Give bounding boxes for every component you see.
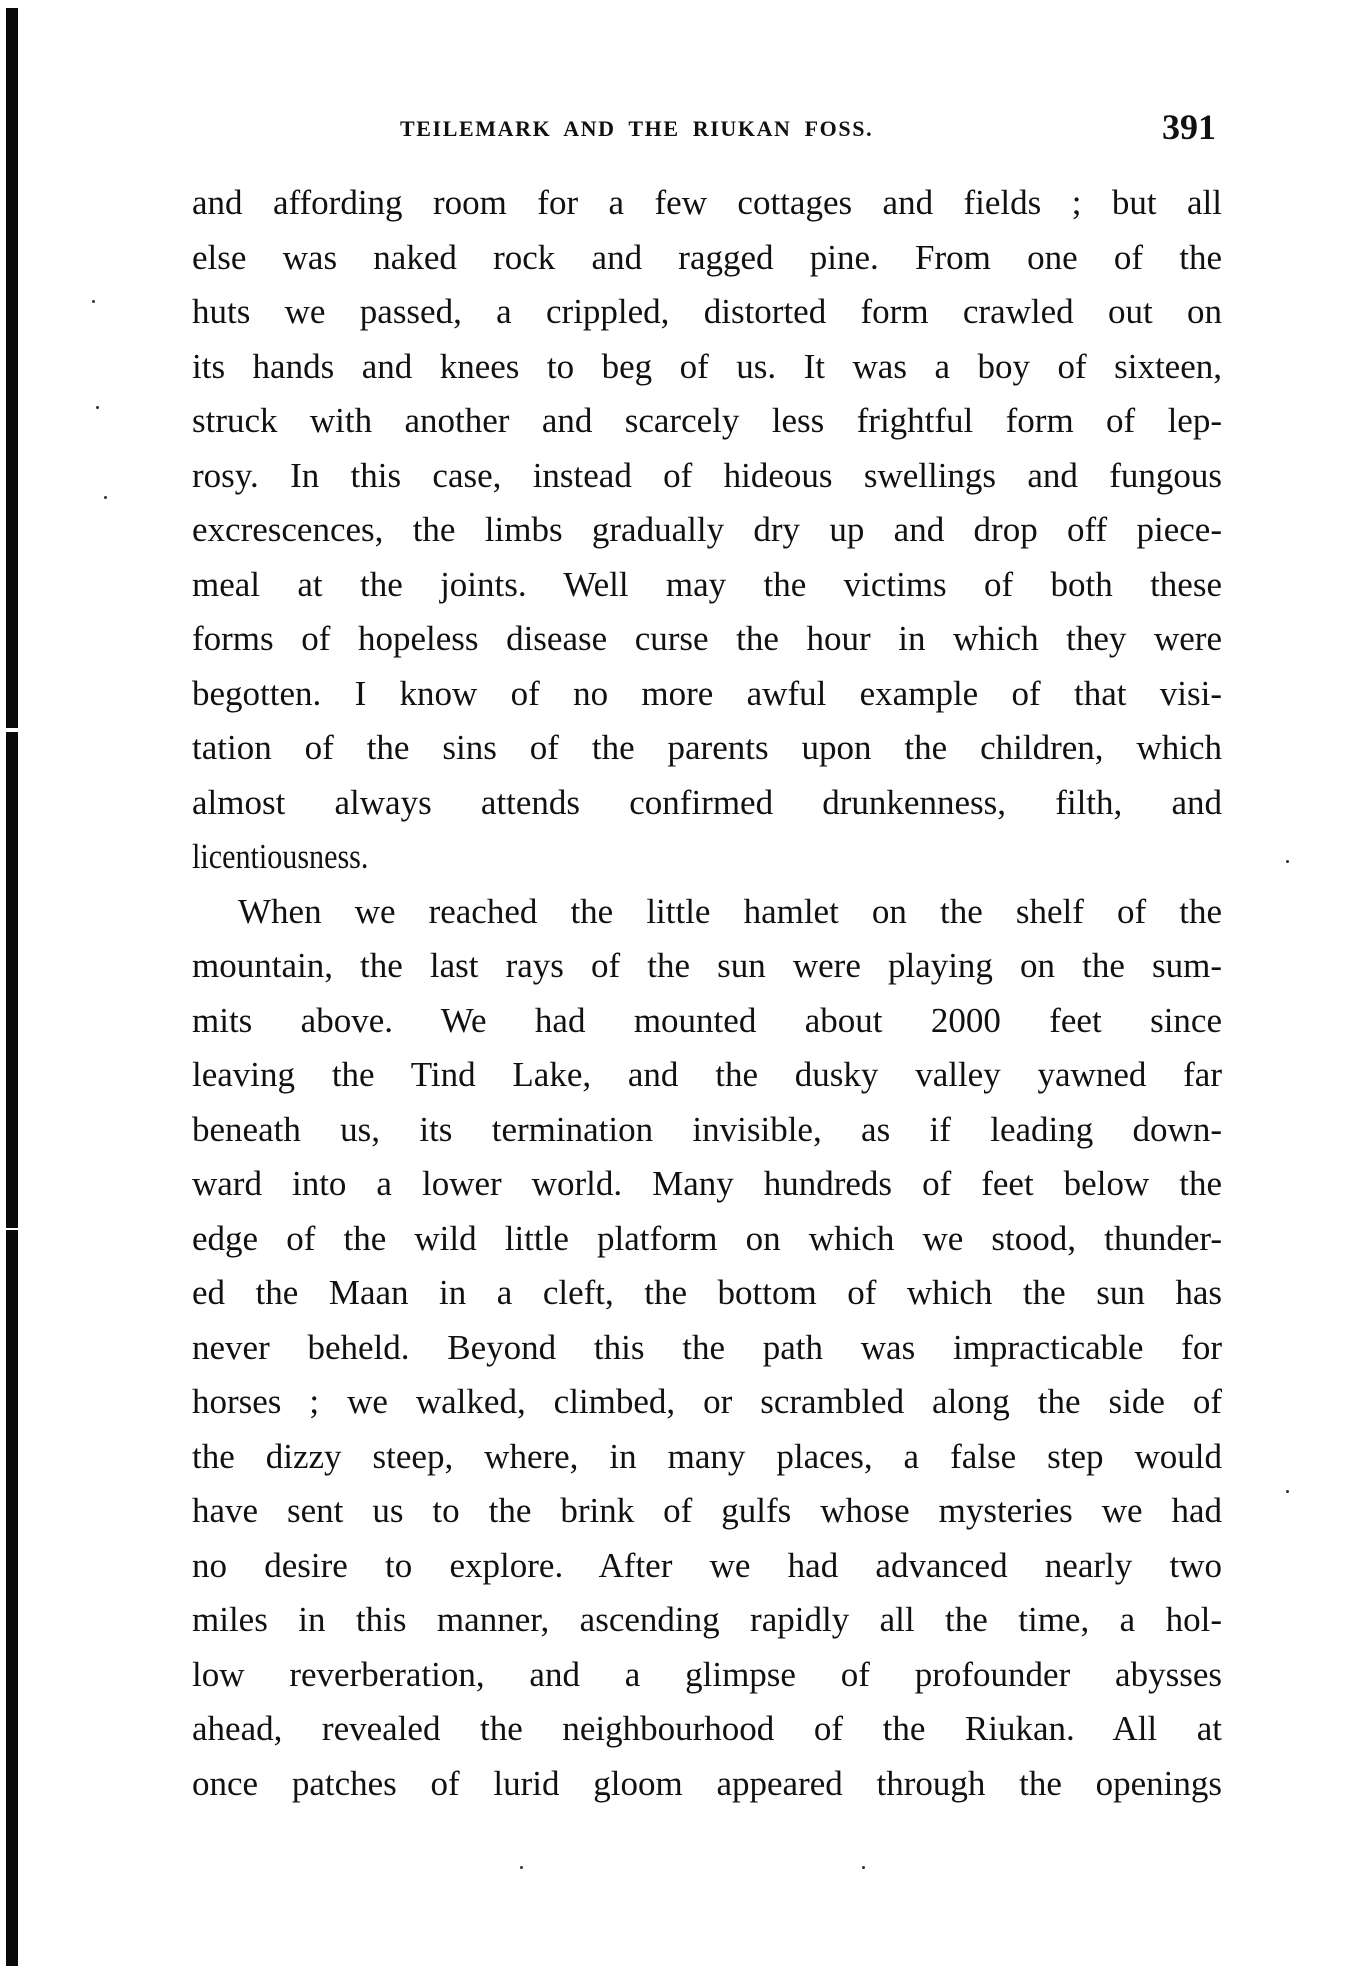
text-line: licentiousness. [192, 830, 1078, 885]
text-line: mountain, the last rays of the sun were … [192, 939, 1222, 994]
scan-speck [1286, 860, 1289, 863]
text-line: horses ; we walked, climbed, or scramble… [192, 1375, 1222, 1430]
scan-speck [520, 1866, 523, 1869]
text-line: rosy. In this case, instead of hideous s… [192, 449, 1222, 504]
text-line: tation of the sins of the parents upon t… [192, 721, 1222, 776]
text-line: no desire to explore. After we had advan… [192, 1539, 1222, 1594]
scan-speck [862, 1866, 865, 1869]
text-line: and affording room for a few cottages an… [192, 176, 1222, 231]
body-text: and affording room for a few cottages an… [192, 176, 1222, 1811]
text-line: When we reached the little hamlet on the… [192, 885, 1222, 940]
text-line: ahead, revealed the neighbourhood of the… [192, 1702, 1222, 1757]
text-line: huts we passed, a crippled, distorted fo… [192, 285, 1222, 340]
text-line: begotten. I know of no more awful exampl… [192, 667, 1222, 722]
running-title: TEILEMARK AND THE RIUKAN FOSS. [400, 116, 873, 142]
text-line: leaving the Tind Lake, and the dusky val… [192, 1048, 1222, 1103]
scan-speck [96, 406, 99, 409]
text-line: mits above. We had mounted about 2000 fe… [192, 994, 1222, 1049]
text-line: miles in this manner, ascending rapidly … [192, 1593, 1222, 1648]
scan-speck [92, 300, 95, 303]
text-line: the dizzy steep, where, in many places, … [192, 1430, 1222, 1485]
text-line: struck with another and scarcely less fr… [192, 394, 1222, 449]
scan-speck [104, 496, 107, 499]
text-line: never beheld. Beyond this the path was i… [192, 1321, 1222, 1376]
page-binding-edge [6, 8, 18, 1966]
text-line: ed the Maan in a cleft, the bottom of wh… [192, 1266, 1222, 1321]
text-line: its hands and knees to beg of us. It was… [192, 340, 1222, 395]
text-line: edge of the wild little platform on whic… [192, 1212, 1222, 1267]
text-line: once patches of lurid gloom appeared thr… [192, 1757, 1222, 1812]
text-line: ward into a lower world. Many hundreds o… [192, 1157, 1222, 1212]
text-line: beneath us, its termination invisible, a… [192, 1103, 1222, 1158]
text-line: excrescences, the limbs gradually dry up… [192, 503, 1222, 558]
scan-speck [1286, 1490, 1289, 1493]
text-line: forms of hopeless disease curse the hour… [192, 612, 1222, 667]
text-line: else was naked rock and ragged pine. Fro… [192, 231, 1222, 286]
text-line: almost always attends confirmed drunkenn… [192, 776, 1222, 831]
text-line: have sent us to the brink of gulfs whose… [192, 1484, 1222, 1539]
running-head: TEILEMARK AND THE RIUKAN FOSS. 391 [192, 110, 1222, 150]
text-line: low reverberation, and a glimpse of prof… [192, 1648, 1222, 1703]
page-number: 391 [1162, 106, 1216, 148]
text-line: meal at the joints. Well may the victims… [192, 558, 1222, 613]
